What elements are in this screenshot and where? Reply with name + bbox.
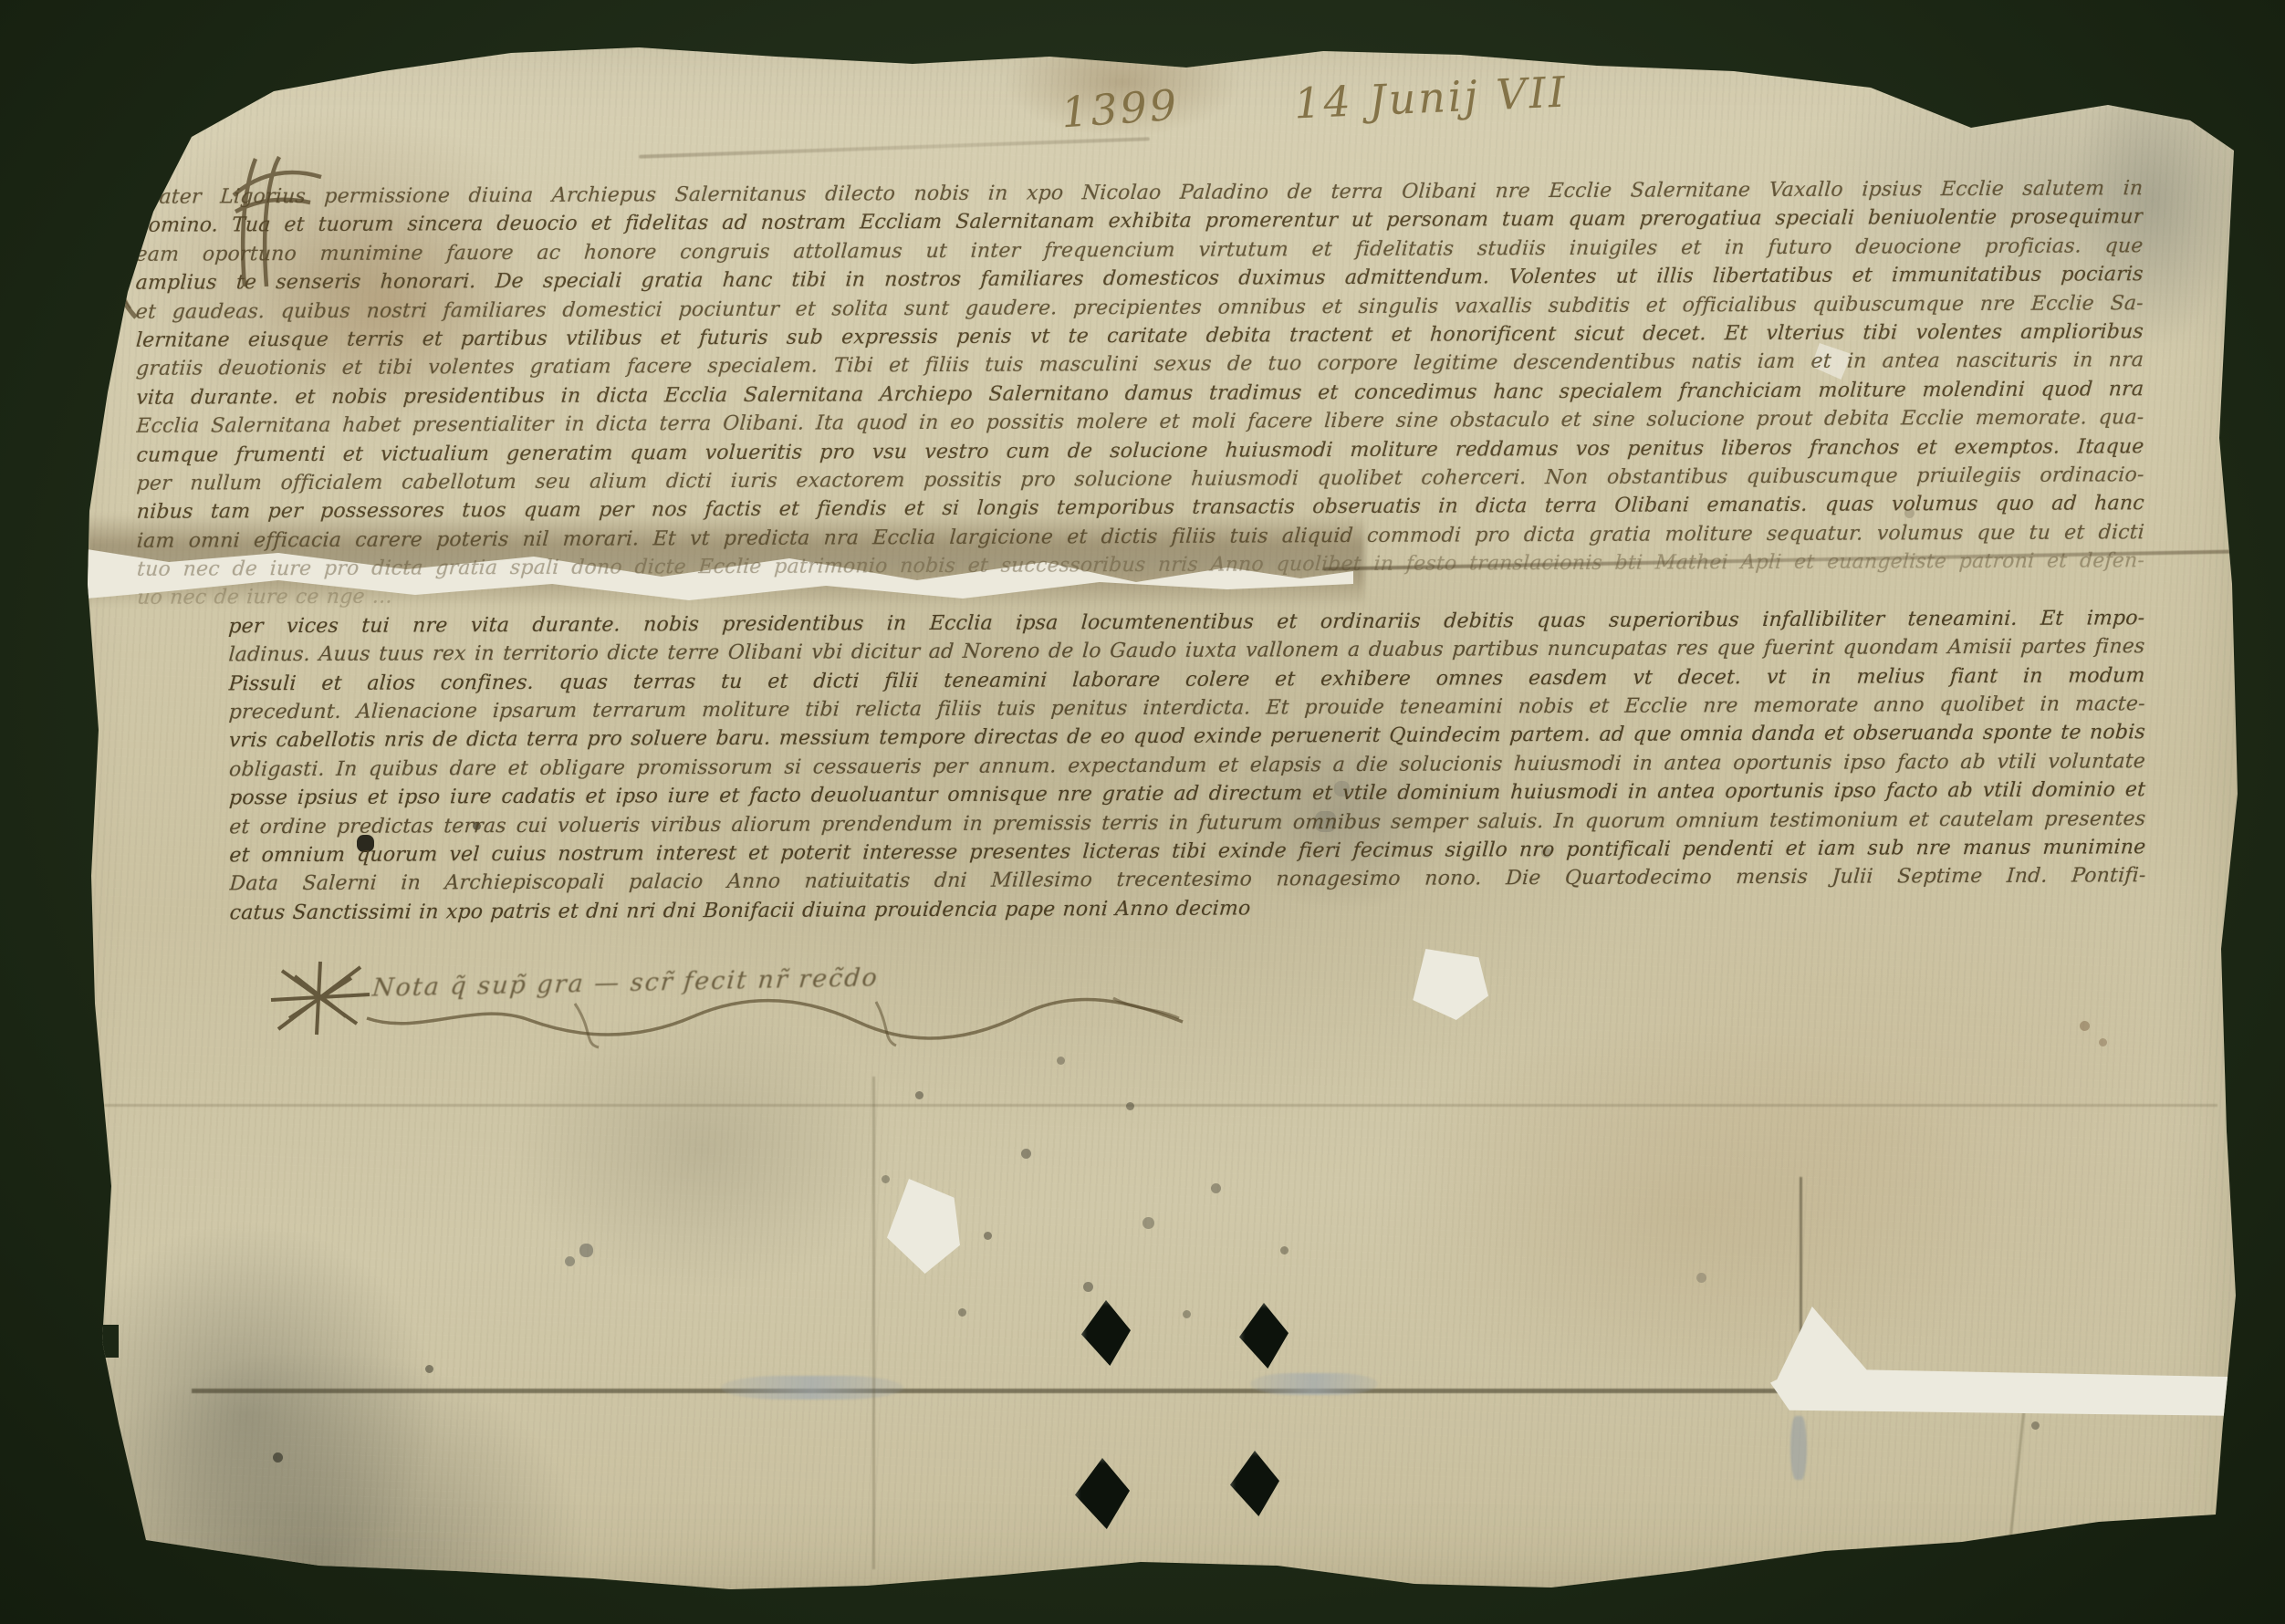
crease-sliver (1790, 1416, 1807, 1480)
fold-crease-main (192, 1389, 1798, 1393)
notary-underline-flourish (365, 994, 1186, 1049)
stain (55, 1223, 438, 1606)
fold-repair-patch (1250, 1373, 1378, 1395)
vertical-crease (872, 1077, 875, 1569)
edge-notch (97, 1325, 119, 1358)
stain (1369, 1022, 2008, 1405)
notary-star-mark (267, 956, 377, 1040)
fold-repair-patch (721, 1376, 903, 1400)
parchment-sheet: 1399 14 Junij VII Frater Ligorius permis… (0, 0, 2285, 1624)
charter-text-block: Frater Ligorius permissione diuina Archi… (135, 174, 2146, 928)
archival-year-annotation: 1399 (1059, 80, 1181, 138)
photograph-of-charter: 1399 14 Junij VII Frater Ligorius permis… (0, 0, 2285, 1624)
fold-crease-faint (100, 1104, 2217, 1107)
charter-dating-clause-line: catus Sanctissimi in xpo patris et dni n… (229, 893, 1426, 927)
charter-line-faded: uo nec de iure ce nge … (136, 581, 886, 613)
ink-speckles (0, 0, 5, 5)
